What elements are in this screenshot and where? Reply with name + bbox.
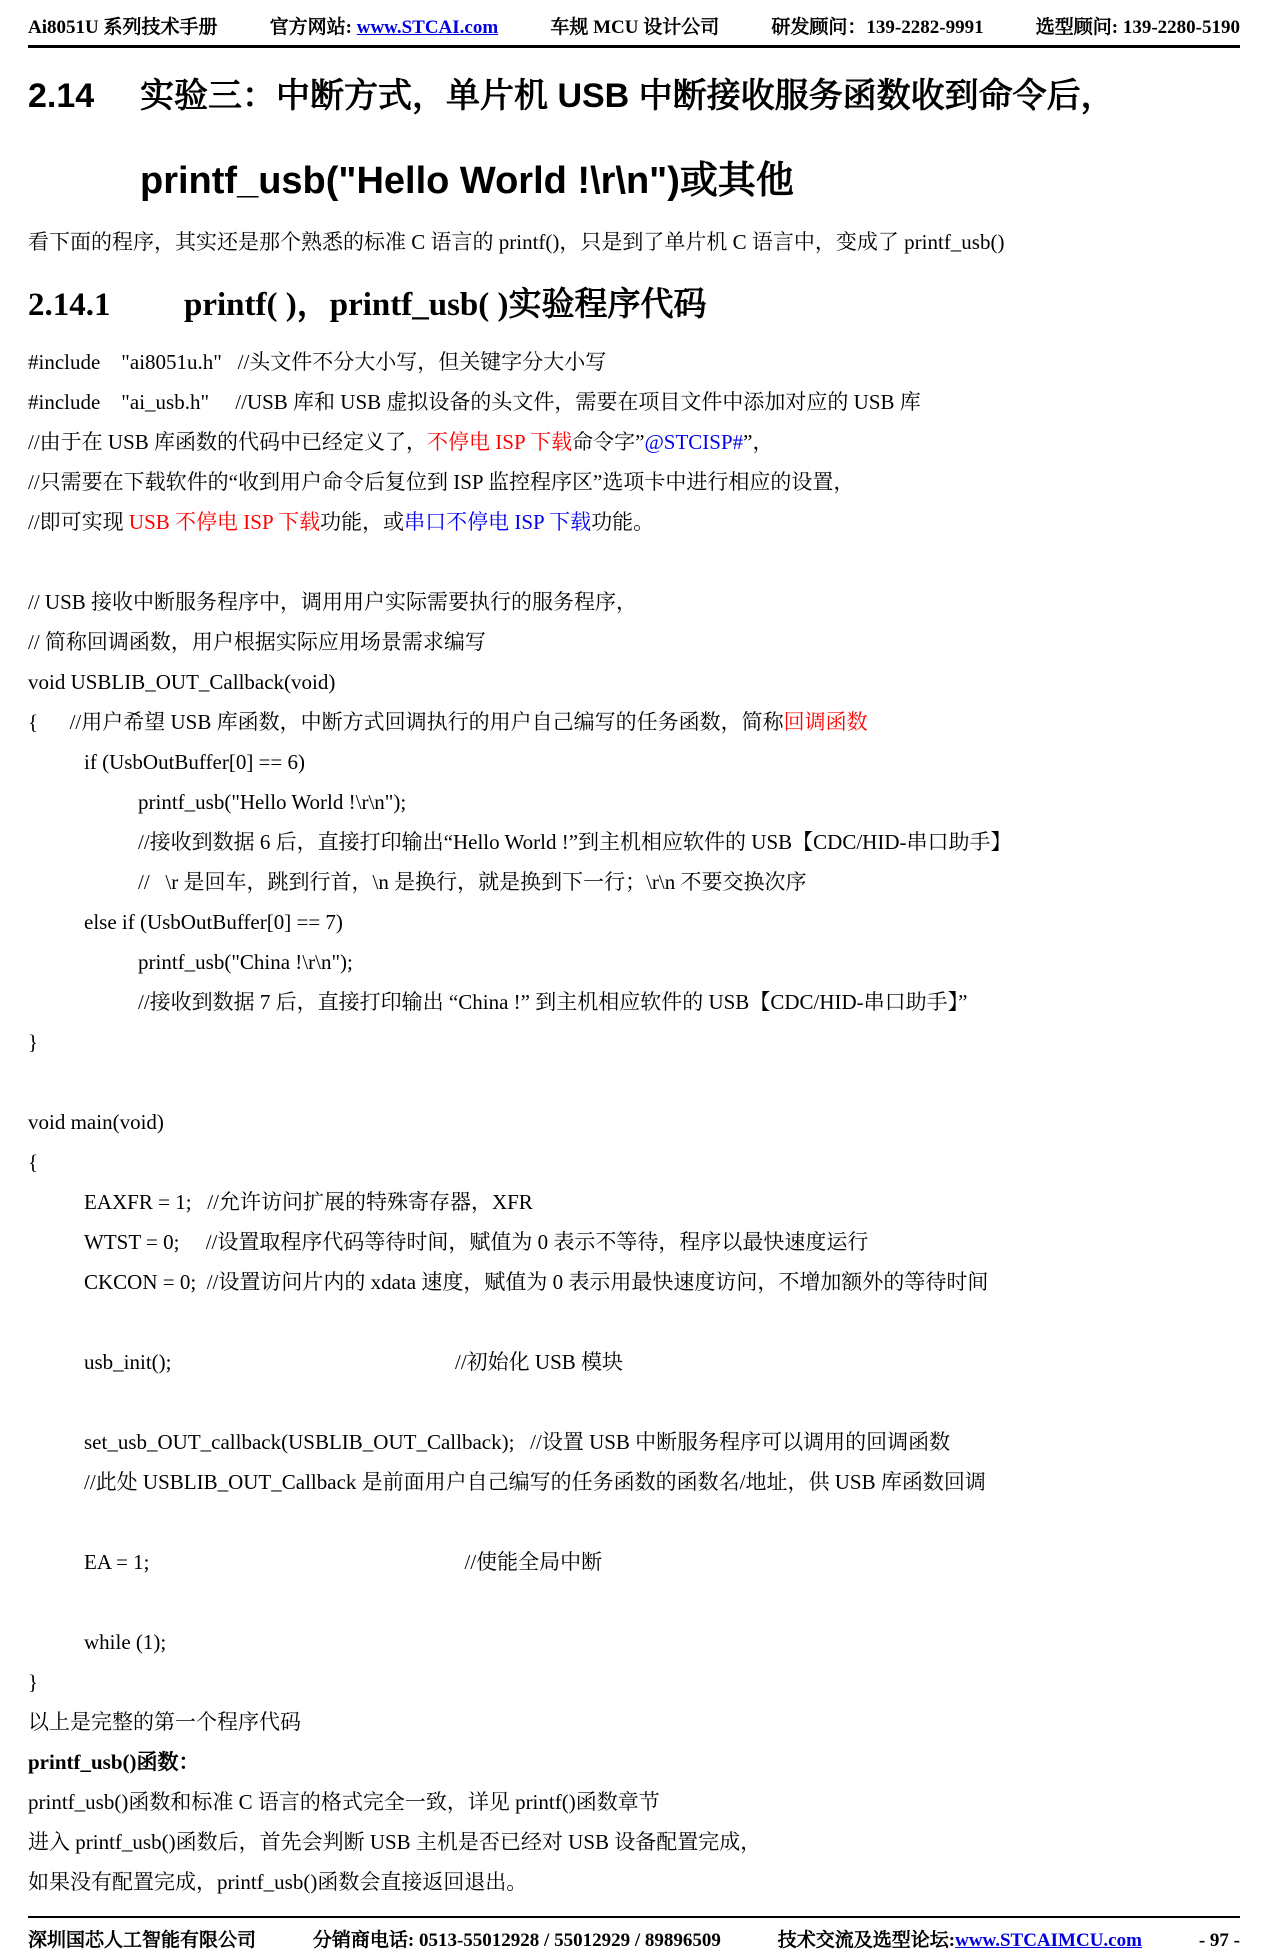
code-line: //只需要在下载软件的“收到用户命令后复位到 ISP 监控程序区”选项卡中进行相… [28,462,1240,502]
code-blank-line [28,1382,1240,1422]
code-line: { //用户希望 USB 库函数，中断方式回调执行的用户自己编写的任务函数，简称… [28,702,1240,742]
code-line: WTST = 0; //设置取程序代码等待时间，赋值为 0 表示不等待，程序以最… [28,1222,1240,1262]
code-line: CKCON = 0; //设置访问片内的 xdata 速度，赋值为 0 表示用最… [28,1262,1240,1302]
code-line: { [28,1142,1240,1182]
code-line: // \r 是回车，跳到行首，\n 是换行，就是换到下一行；\r\n 不要交换次… [28,862,1240,902]
forum-link[interactable]: www.STCAIMCU.com [955,1930,1142,1951]
code-line: #include "ai8051u.h" //头文件不分大小写，但关键字分大小写 [28,342,1240,382]
code-line: 进入 printf_usb()函数后，首先会判断 USB 主机是否已经对 USB… [28,1822,1240,1862]
code-line: while (1); [28,1622,1240,1662]
official-site: 官方网站: www.STCAI.com [270,12,499,39]
code-segment: } [28,1670,38,1694]
code-segment: void USBLIB_OUT_Callback(void) [28,670,335,694]
document-page: Ai8051U 系列技术手册 官方网站: www.STCAI.com 车规 MC… [0,0,1268,1958]
code-segment: if (UsbOutBuffer[0] == 6) [84,750,305,774]
footer-forum: 技术交流及选型论坛:www.STCAIMCU.com [778,1925,1142,1952]
code-segment: // 简称回调函数，用户根据实际应用场景需求编写 [28,630,486,654]
official-site-link[interactable]: www.STCAI.com [357,17,498,38]
code-line: void main(void) [28,1102,1240,1142]
code-segment: EAXFR = 1; //允许访问扩展的特殊寄存器，XFR [84,1190,533,1214]
code-line: 以上是完整的第一个程序代码 [28,1702,1240,1742]
code-line: 如果没有配置完成，printf_usb()函数会直接返回退出。 [28,1862,1240,1902]
chapter-heading-row: 2.14 实验三：中断方式，单片机 USB 中断接收服务函数收到命令后， [28,74,1240,118]
code-segment: // USB 接收中断服务程序中，调用用户实际需要执行的服务程序， [28,590,637,614]
code-line: #include "ai_usb.h" //USB 库和 USB 虚拟设备的头文… [28,382,1240,422]
code-segment: ”， [743,430,773,454]
page-footer: 深圳国芯人工智能有限公司 分销商电话: 0513-55012928 / 5501… [28,1916,1240,1952]
code-line: printf_usb()函数： [28,1742,1240,1782]
code-segment: #include "ai8051u.h" //头文件不分大小写，但关键字分大小写 [28,350,606,374]
code-line: //即可实现 USB 不停电 ISP 下载功能，或串口不停电 ISP 下载功能。 [28,502,1240,542]
chapter-title-line1: 实验三：中断方式，单片机 USB 中断接收服务函数收到命令后， [140,74,1115,118]
code-segment: //由于在 USB 库函数的代码中已经定义了， [28,430,427,454]
code-line: EA = 1; //使能全局中断 [28,1542,1240,1582]
code-segment: printf_usb()函数和标准 C 语言的格式完全一致，详见 printf(… [28,1790,660,1814]
code-line: printf_usb("Hello World !\r\n"); [28,782,1240,822]
code-segment: printf_usb("China !\r\n"); [138,950,353,974]
code-segment: //接收到数据 6 后，直接打印输出“Hello World !”到主机相应软件… [138,830,1011,854]
code-segment: //接收到数据 7 后，直接打印输出 “China !” 到主机相应软件的 US… [138,990,967,1014]
code-segment: 功能。 [591,510,654,534]
code-line: } [28,1022,1240,1062]
code-line: //接收到数据 6 后，直接打印输出“Hello World !”到主机相应软件… [28,822,1240,862]
code-blank-line [28,1302,1240,1342]
code-segment: 以上是完整的第一个程序代码 [28,1710,301,1734]
rd-consultant: 研发顾问：139-2282-9991 [771,12,983,39]
code-blank-line [28,1062,1240,1102]
code-line: // 简称回调函数，用户根据实际应用场景需求编写 [28,622,1240,662]
code-line: else if (UsbOutBuffer[0] == 7) [28,902,1240,942]
company-tagline: 车规 MCU 设计公司 [550,12,719,39]
code-segment: { //用户希望 USB 库函数，中断方式回调执行的用户自己编写的任务函数，简称 [28,710,784,734]
header-rule [28,45,1240,48]
code-segment: CKCON = 0; //设置访问片内的 xdata 速度，赋值为 0 表示用最… [84,1270,988,1294]
footer-company: 深圳国芯人工智能有限公司 [28,1925,256,1952]
site-label: 官方网站: [270,17,357,38]
code-line: printf_usb()函数和标准 C 语言的格式完全一致，详见 printf(… [28,1782,1240,1822]
code-segment: else if (UsbOutBuffer[0] == 7) [84,910,343,934]
intro-paragraph: 看下面的程序，其实还是那个熟悉的标准 C 语言的 printf()，只是到了单片… [28,228,1240,256]
manual-title: Ai8051U 系列技术手册 [28,12,217,39]
code-line: printf_usb("China !\r\n"); [28,942,1240,982]
page-header: Ai8051U 系列技术手册 官方网站: www.STCAI.com 车规 MC… [28,0,1240,39]
code-segment: 命令字” [572,430,644,454]
chapter-heading: 2.14 实验三：中断方式，单片机 USB 中断接收服务函数收到命令后， pri… [28,74,1240,204]
code-line: EAXFR = 1; //允许访问扩展的特殊寄存器，XFR [28,1182,1240,1222]
code-segment: printf_usb()函数： [28,1750,200,1774]
code-segment: set_usb_OUT_callback(USBLIB_OUT_Callback… [84,1430,950,1454]
code-segment: 功能，或 [320,510,404,534]
code-segment: WTST = 0; //设置取程序代码等待时间，赋值为 0 表示不等待，程序以最… [84,1230,868,1254]
code-blank-line [28,1582,1240,1622]
code-segment: EA = 1; //使能全局中断 [84,1550,602,1574]
code-line: } [28,1662,1240,1702]
code-line: usb_init(); //初始化 USB 模块 [28,1342,1240,1382]
code-segment: printf_usb("Hello World !\r\n"); [138,790,406,814]
code-segment: void main(void) [28,1110,164,1134]
code-segment: { [28,1150,38,1174]
page-number: - 97 - [1199,1930,1240,1952]
code-segment: //即可实现 [28,510,129,534]
code-segment: //只需要在下载软件的“收到用户命令后复位到 ISP 监控程序区”选项卡中进行相… [28,470,854,494]
code-segment: // \r 是回车，跳到行首，\n 是换行，就是换到下一行；\r\n 不要交换次… [138,870,807,894]
footer-forum-label: 技术交流及选型论坛: [778,1930,955,1951]
footer-phones: 分销商电话: 0513-55012928 / 55012929 / 898965… [313,1925,721,1952]
code-segment: 串口不停电 ISP 下载 [404,510,591,534]
code-line: set_usb_OUT_callback(USBLIB_OUT_Callback… [28,1422,1240,1462]
code-line: if (UsbOutBuffer[0] == 6) [28,742,1240,782]
code-segment: 进入 printf_usb()函数后，首先会判断 USB 主机是否已经对 USB… [28,1830,761,1854]
code-segment: } [28,1030,38,1054]
selection-consultant: 选型顾问: 139-2280-5190 [1036,12,1240,39]
code-line: //接收到数据 7 后，直接打印输出 “China !” 到主机相应软件的 US… [28,982,1240,1022]
code-blank-line [28,1502,1240,1542]
subsection-heading: 2.14.1printf( )，printf_usb( )实验程序代码 [28,282,1240,328]
chapter-number: 2.14 [28,74,140,118]
code-line: //由于在 USB 库函数的代码中已经定义了，不停电 ISP 下载命令字”@ST… [28,422,1240,462]
code-line: // USB 接收中断服务程序中，调用用户实际需要执行的服务程序， [28,582,1240,622]
chapter-title-line2: printf_usb("Hello World !\r\n")或其他 [140,158,1240,204]
code-segment: //此处 USBLIB_OUT_Callback 是前面用户自己编写的任务函数的… [84,1470,986,1494]
code-segment: 回调函数 [784,710,868,734]
code-segment: @STCISP# [644,430,743,454]
code-block: #include "ai8051u.h" //头文件不分大小写，但关键字分大小写… [28,342,1240,1902]
code-segment: usb_init(); //初始化 USB 模块 [84,1350,623,1374]
subsection-title: printf( )，printf_usb( )实验程序代码 [184,287,707,323]
code-segment: while (1); [84,1630,166,1654]
code-segment: 不停电 ISP 下载 [427,430,572,454]
code-line: void USBLIB_OUT_Callback(void) [28,662,1240,702]
code-blank-line [28,542,1240,582]
code-segment: USB 不停电 ISP 下载 [129,510,320,534]
code-line: //此处 USBLIB_OUT_Callback 是前面用户自己编写的任务函数的… [28,1462,1240,1502]
code-segment: 如果没有配置完成，printf_usb()函数会直接返回退出。 [28,1870,527,1894]
subsection-number: 2.14.1 [28,282,184,328]
code-segment: #include "ai_usb.h" //USB 库和 USB 虚拟设备的头文… [28,390,921,414]
